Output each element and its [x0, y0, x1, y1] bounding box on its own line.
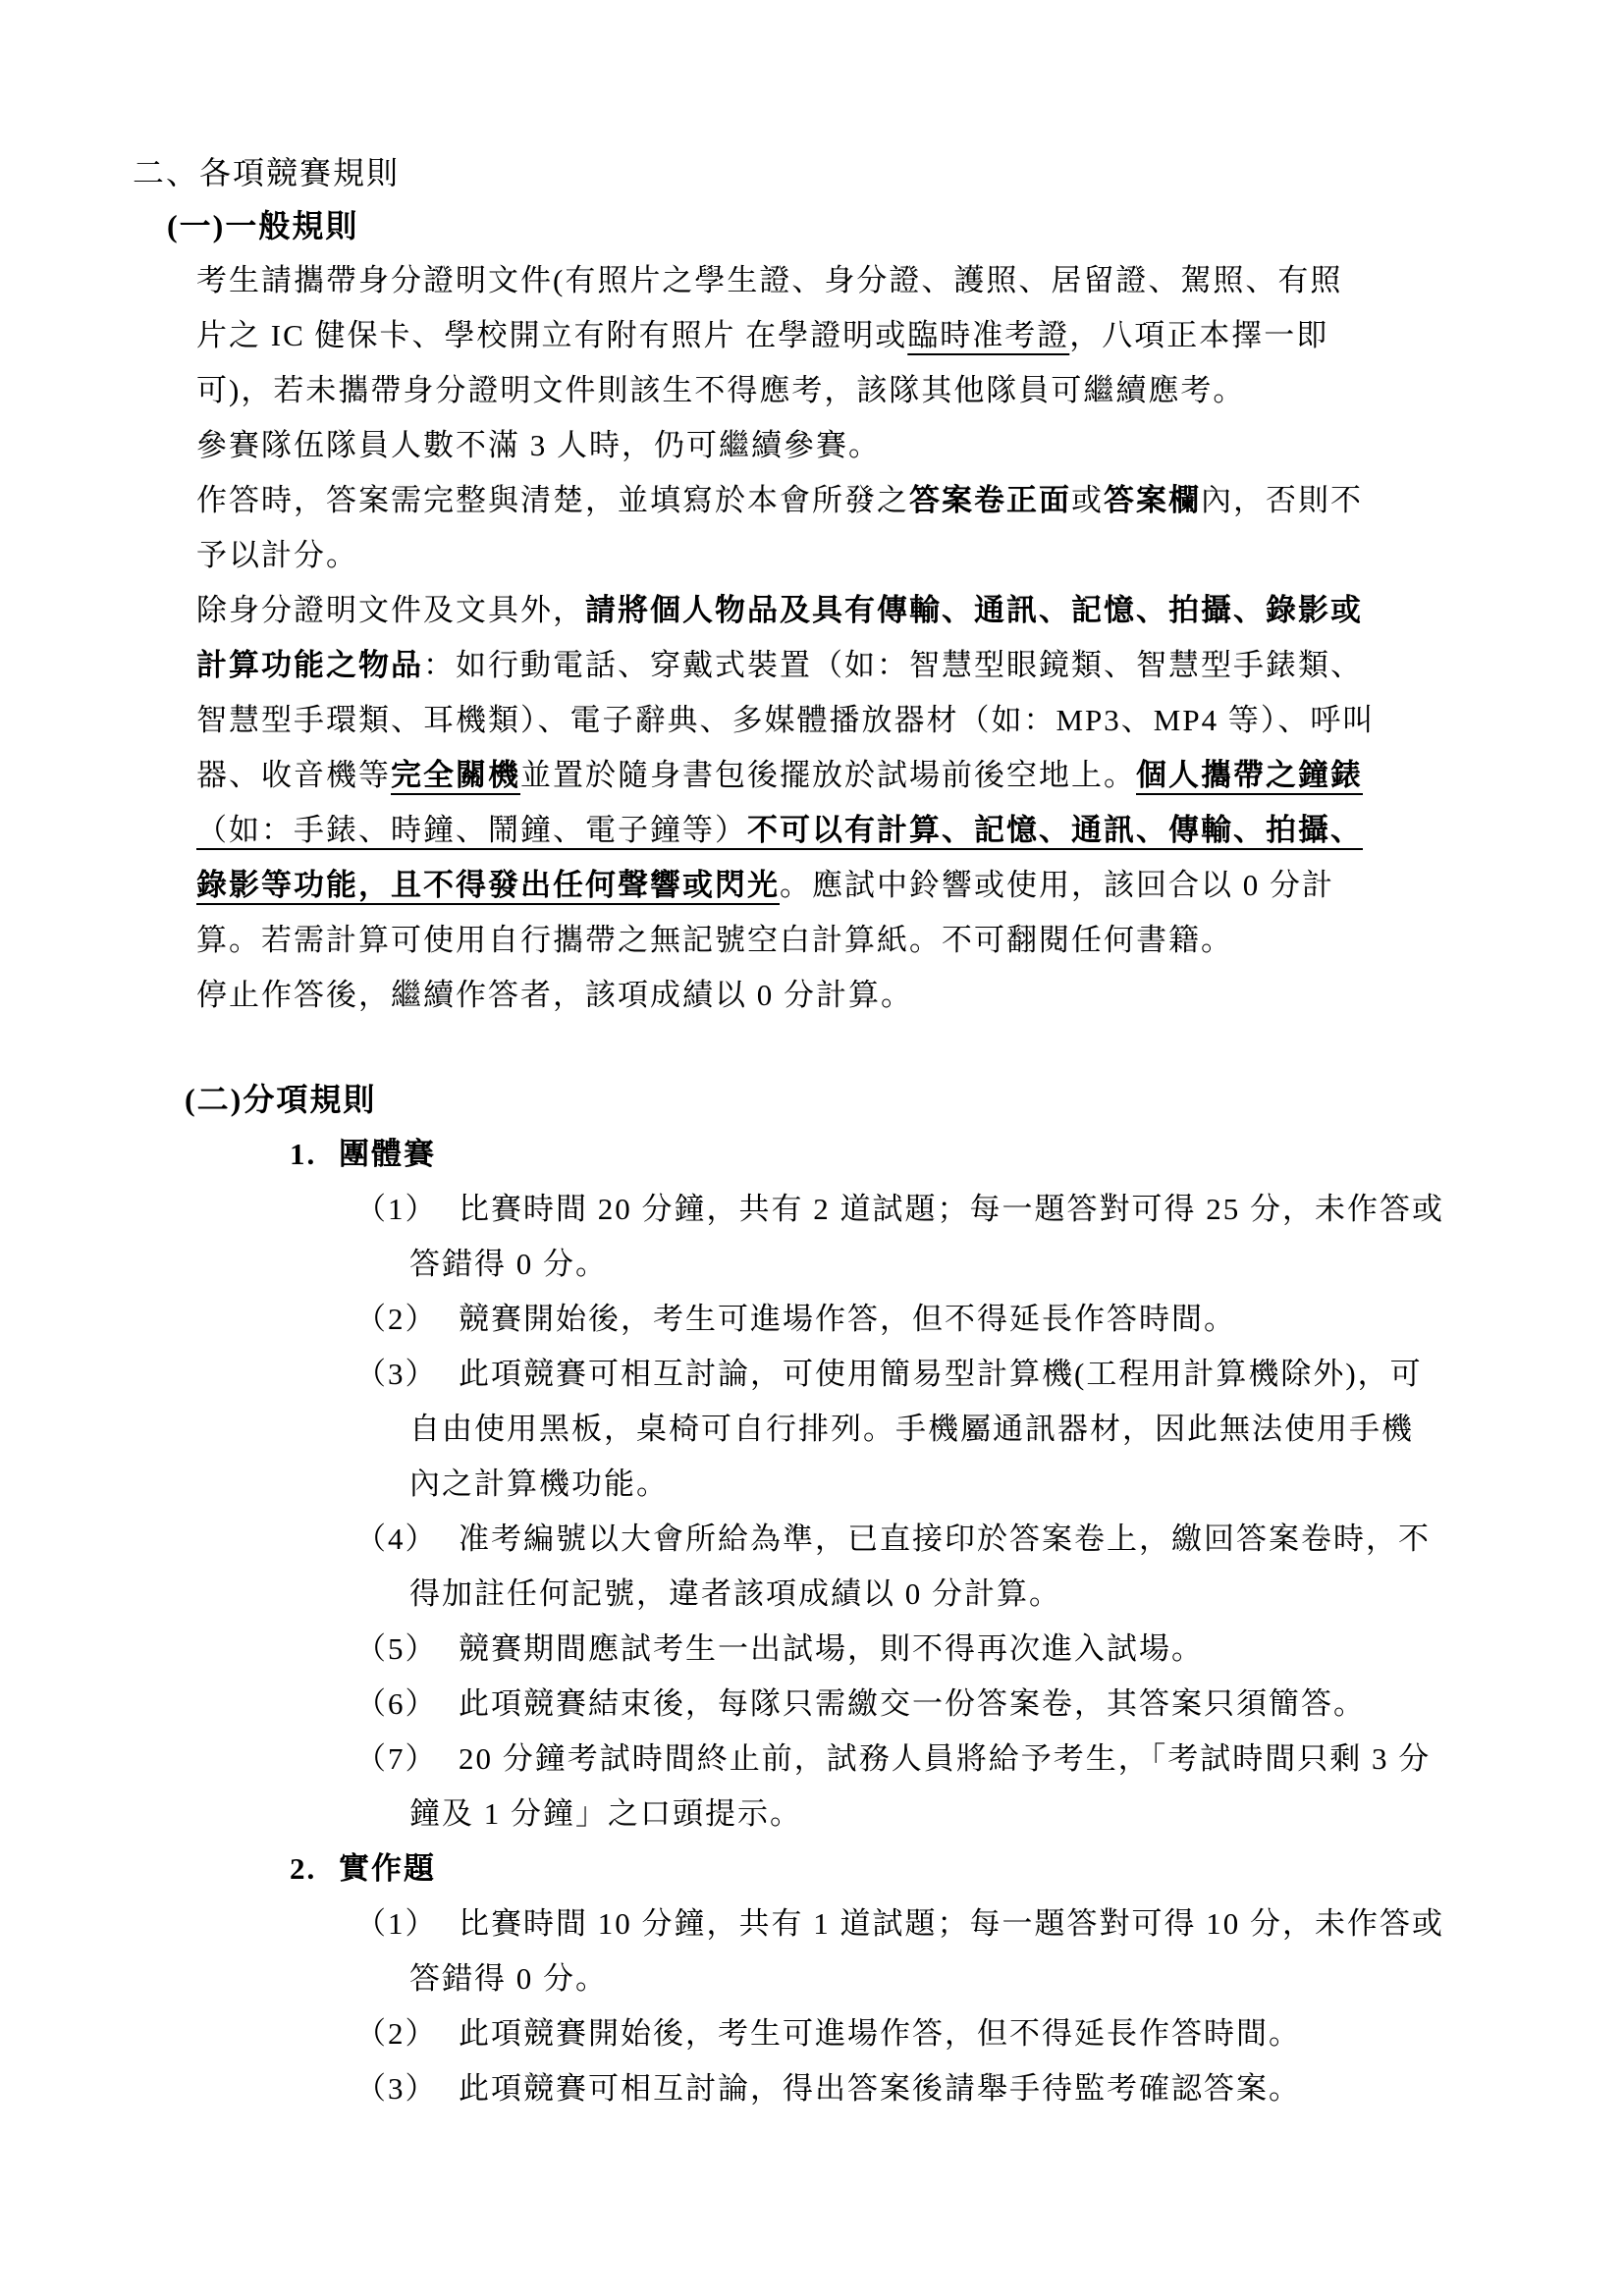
text-line: 除身分證明文件及文具外，請將個人物品及具有傳輸、通訊、記憶、拍攝、錄影或 [196, 583, 1624, 638]
text-segment: 內之計算機功能。 [409, 1467, 669, 1501]
text-segment: 請將個人物品及具有傳輸、通訊、記憶、拍攝、錄影或 [585, 593, 1363, 627]
text-segment: 片之 IC 健保卡、學校開立有附有照片 在學證明或 [196, 318, 907, 352]
text-segment: 完全關機 [391, 758, 520, 792]
text-line: 參賽隊伍隊員人數不滿 3 人時，仍可繼續參賽。 [196, 418, 1624, 473]
text-line: （1）比賽時間 10 分鐘，共有 1 道試題；每一題答對可得 10 分，未作答或 [355, 1896, 1624, 1951]
text-segment: 可)，若未攜帶身分證明文件則該生不得應考，該隊其他隊員可繼續應考。 [196, 373, 1245, 407]
item-number-label: （3） [355, 1347, 459, 1402]
text-segment: 此項競賽結束後，每隊只需繳交一份答案卷，其答案只須簡答。 [459, 1686, 1366, 1721]
text-segment: 二、各項競賽規則 [133, 155, 400, 190]
text-segment: 不可以有計算、記憶、通訊、傳輸、拍攝、 [747, 813, 1363, 847]
text-segment: (二)分項規則 [185, 1082, 376, 1117]
list-item: （2）此項競賽開始後，考生可進場作答，但不得延長作答時間。 [0, 2006, 1624, 2061]
text-line: （4）准考編號以大會所給為準，已直接印於答案卷上，繳回答案卷時，不 [355, 1512, 1624, 1567]
text-segment: 比賽時間 20 分鐘，共有 2 道試題；每一題答對可得 25 分，未作答或 [459, 1192, 1444, 1226]
list-item: （5）競賽期間應試考生一出試場，則不得再次進入試場。 [0, 1622, 1624, 1677]
list-item: （3）此項競賽可相互討論，可使用簡易型計算機(工程用計算機除外)，可自由使用黑板… [0, 1347, 1624, 1512]
section-divider [0, 1023, 1624, 1072]
text-segment: 自由使用黑板，桌椅可自行排列。手機屬通訊器材，因此無法使用手機 [409, 1412, 1414, 1446]
item-number-label: 1. [290, 1127, 339, 1182]
text-segment: 此項競賽可相互討論，得出答案後請舉手待監考確認答案。 [459, 2071, 1301, 2106]
list-item: （3）此項競賽可相互討論，得出答案後請舉手待監考確認答案。 [0, 2061, 1624, 2116]
text-segment: 團體賽 [339, 1137, 436, 1171]
text-segment: 20 分鐘考試時間終止前，試務人員將給予考生，「考試時間只剩 3 分 [459, 1741, 1431, 1776]
text-segment: 實作題 [339, 1851, 436, 1886]
text-line: 答錯得 0 分。 [409, 1951, 1624, 2006]
text-segment: 得加註任何記號，違者該項成績以 0 分計算。 [409, 1576, 1061, 1611]
text-segment: 並置於隨身書包後擺放於試場前後空地上。 [520, 758, 1136, 792]
item-number-label: （7） [355, 1732, 459, 1787]
text-line: 算。若需計算可使用自行攜帶之無記號空白計算紙。不可翻閱任何書籍。 [196, 913, 1624, 968]
text-line: (二)分項規則 [185, 1072, 1624, 1127]
item-number-label: （4） [355, 1512, 459, 1567]
text-segment: 比賽時間 10 分鐘，共有 1 道試題；每一題答對可得 10 分，未作答或 [459, 1906, 1444, 1941]
text-segment: ：如行動電話、穿戴式裝置（如：智慧型眼鏡類、智慧型手錶類、 [423, 648, 1363, 682]
paragraph: 參賽隊伍隊員人數不滿 3 人時，仍可繼續參賽。 [0, 418, 1624, 473]
list-item: （1）比賽時間 10 分鐘，共有 1 道試題；每一題答對可得 10 分，未作答或… [0, 1896, 1624, 2006]
text-line: 答錯得 0 分。 [409, 1237, 1624, 1292]
text-segment: 答案欄 [1104, 483, 1201, 517]
text-line: 器、收音機等完全關機並置於隨身書包後擺放於試場前後空地上。個人攜帶之鐘錶 [196, 748, 1624, 803]
text-segment: 准考編號以大會所給為準，已直接印於答案卷上，繳回答案卷時，不 [459, 1522, 1431, 1556]
paragraph: 除身分證明文件及文具外，請將個人物品及具有傳輸、通訊、記憶、拍攝、錄影或計算功能… [0, 583, 1624, 968]
text-segment: 計算功能之物品 [196, 648, 423, 682]
text-line: （7）20 分鐘考試時間終止前，試務人員將給予考生，「考試時間只剩 3 分 [355, 1732, 1624, 1787]
item-number-label: （1） [355, 1896, 459, 1951]
text-line: 得加註任何記號，違者該項成績以 0 分計算。 [409, 1567, 1624, 1622]
paragraph: 停止作答後，繼續作答者，該項成績以 0 分計算。 [0, 968, 1624, 1023]
text-line: （6）此項競賽結束後，每隊只需繳交一份答案卷，其答案只須簡答。 [355, 1677, 1624, 1732]
text-segment: 予以計分。 [196, 538, 358, 572]
text-line: 可)，若未攜帶身分證明文件則該生不得應考，該隊其他隊員可繼續應考。 [196, 363, 1624, 418]
text-segment: 或 [1071, 483, 1104, 517]
text-segment: 停止作答後，繼續作答者，該項成績以 0 分計算。 [196, 978, 913, 1012]
text-segment: 考生請攜帶身分證明文件(有照片之學生證、身分證、護照、居留證、駕照、有照 [196, 263, 1342, 297]
text-line: 自由使用黑板，桌椅可自行排列。手機屬通訊器材，因此無法使用手機 [409, 1402, 1624, 1457]
text-segment: 錄影等功能，且不得發出任何聲響或閃光 [196, 868, 780, 902]
text-segment: 器、收音機等 [196, 758, 391, 792]
text-line: 考生請攜帶身分證明文件(有照片之學生證、身分證、護照、居留證、駕照、有照 [196, 253, 1624, 308]
text-segment: 臨時准考證 [907, 318, 1069, 352]
list-item: （1）比賽時間 20 分鐘，共有 2 道試題；每一題答對可得 25 分，未作答或… [0, 1182, 1624, 1292]
text-line: 二、各項競賽規則 [133, 147, 1624, 198]
item-number-label: （2） [355, 2006, 459, 2061]
subsection-heading: 1.團體賽 [0, 1127, 1624, 1182]
item-number-label: （3） [355, 2061, 459, 2116]
text-segment: 個人攜帶之鐘錶 [1136, 758, 1363, 792]
text-line: （如：手錶、時鐘、鬧鐘、電子鐘等）不可以有計算、記憶、通訊、傳輸、拍攝、 [196, 803, 1624, 858]
text-segment: 除身分證明文件及文具外， [196, 593, 585, 627]
text-line: （2）競賽開始後，考生可進場作答，但不得延長作答時間。 [355, 1292, 1624, 1347]
text-segment: 智慧型手環類、耳機類）、電子辭典、多媒體播放器材（如：MP3、MP4 等）、呼叫 [196, 703, 1375, 737]
text-line: 內之計算機功能。 [409, 1457, 1624, 1512]
item-number-label: （2） [355, 1292, 459, 1347]
text-segment: （如：手錶、時鐘、鬧鐘、電子鐘等） [196, 813, 747, 847]
text-segment: 競賽開始後，考生可進場作答，但不得延長作答時間。 [459, 1302, 1236, 1336]
text-line: 2.實作題 [290, 1842, 1624, 1896]
text-segment: 。應試中鈴響或使用，該回合以 0 分計 [780, 868, 1334, 902]
list-item: （2）競賽開始後，考生可進場作答，但不得延長作答時間。 [0, 1292, 1624, 1347]
document-content: 二、各項競賽規則(一)一般規則考生請攜帶身分證明文件(有照片之學生證、身分證、護… [0, 0, 1624, 2116]
text-line: 錄影等功能，且不得發出任何聲響或閃光。應試中鈴響或使用，該回合以 0 分計 [196, 858, 1624, 913]
text-segment: 競賽期間應試考生一出試場，則不得再次進入試場。 [459, 1631, 1204, 1666]
text-line: 作答時，答案需完整與清楚，並填寫於本會所發之答案卷正面或答案欄內，否則不 [196, 473, 1624, 528]
item-number-label: 2. [290, 1842, 339, 1896]
list-item: （7）20 分鐘考試時間終止前，試務人員將給予考生，「考試時間只剩 3 分鐘及 … [0, 1732, 1624, 1842]
page-title: 二、各項競賽規則 [0, 147, 1624, 198]
text-line: 1.團體賽 [290, 1127, 1624, 1182]
paragraph: 作答時，答案需完整與清楚，並填寫於本會所發之答案卷正面或答案欄內，否則不予以計分… [0, 473, 1624, 583]
paragraph: 考生請攜帶身分證明文件(有照片之學生證、身分證、護照、居留證、駕照、有照片之 I… [0, 253, 1624, 418]
text-line: （5）競賽期間應試考生一出試場，則不得再次進入試場。 [355, 1622, 1624, 1677]
text-line: 停止作答後，繼續作答者，該項成績以 0 分計算。 [196, 968, 1624, 1023]
list-item: （4）准考編號以大會所給為準，已直接印於答案卷上，繳回答案卷時，不得加註任何記號… [0, 1512, 1624, 1622]
section-heading: (二)分項規則 [0, 1072, 1624, 1127]
text-segment: (一)一般規則 [167, 208, 358, 243]
item-number-label: （1） [355, 1182, 459, 1237]
text-segment: 答錯得 0 分。 [409, 1961, 608, 1996]
list-item: （6）此項競賽結束後，每隊只需繳交一份答案卷，其答案只須簡答。 [0, 1677, 1624, 1732]
text-line: （3）此項競賽可相互討論，可使用簡易型計算機(工程用計算機除外)，可 [355, 1347, 1624, 1402]
text-line: 鐘及 1 分鐘」之口頭提示。 [409, 1787, 1624, 1842]
text-line: 予以計分。 [196, 528, 1624, 583]
text-line: （3）此項競賽可相互討論，得出答案後請舉手待監考確認答案。 [355, 2061, 1624, 2116]
text-line: 片之 IC 健保卡、學校開立有附有照片 在學證明或臨時准考證，八項正本擇一即 [196, 308, 1624, 363]
document-page: 二、各項競賽規則(一)一般規則考生請攜帶身分證明文件(有照片之學生證、身分證、護… [0, 0, 1624, 2296]
item-number-label: （5） [355, 1622, 459, 1677]
text-line: 計算功能之物品：如行動電話、穿戴式裝置（如：智慧型眼鏡類、智慧型手錶類、 [196, 638, 1624, 693]
text-segment: 內，否則不 [1201, 483, 1363, 517]
text-segment: 答案卷正面 [909, 483, 1071, 517]
text-segment: 作答時，答案需完整與清楚，並填寫於本會所發之 [196, 483, 909, 517]
section-heading: (一)一般規則 [0, 198, 1624, 253]
text-segment: 算。若需計算可使用自行攜帶之無記號空白計算紙。不可翻閱任何書籍。 [196, 923, 1233, 957]
text-segment: ，八項正本擇一即 [1069, 318, 1328, 352]
text-segment: 此項競賽開始後，考生可進場作答，但不得延長作答時間。 [459, 2016, 1301, 2051]
item-number-label: （6） [355, 1677, 459, 1732]
subsection-heading: 2.實作題 [0, 1842, 1624, 1896]
text-segment: 參賽隊伍隊員人數不滿 3 人時，仍可繼續參賽。 [196, 428, 881, 462]
text-segment: 鐘及 1 分鐘」之口頭提示。 [409, 1796, 802, 1831]
text-line: (一)一般規則 [167, 198, 1624, 253]
text-line: 智慧型手環類、耳機類）、電子辭典、多媒體播放器材（如：MP3、MP4 等）、呼叫 [196, 693, 1624, 748]
text-segment: 此項競賽可相互討論，可使用簡易型計算機(工程用計算機除外)，可 [459, 1357, 1423, 1391]
text-segment: 答錯得 0 分。 [409, 1247, 608, 1281]
text-line: （2）此項競賽開始後，考生可進場作答，但不得延長作答時間。 [355, 2006, 1624, 2061]
text-line: （1）比賽時間 20 分鐘，共有 2 道試題；每一題答對可得 25 分，未作答或 [355, 1182, 1624, 1237]
